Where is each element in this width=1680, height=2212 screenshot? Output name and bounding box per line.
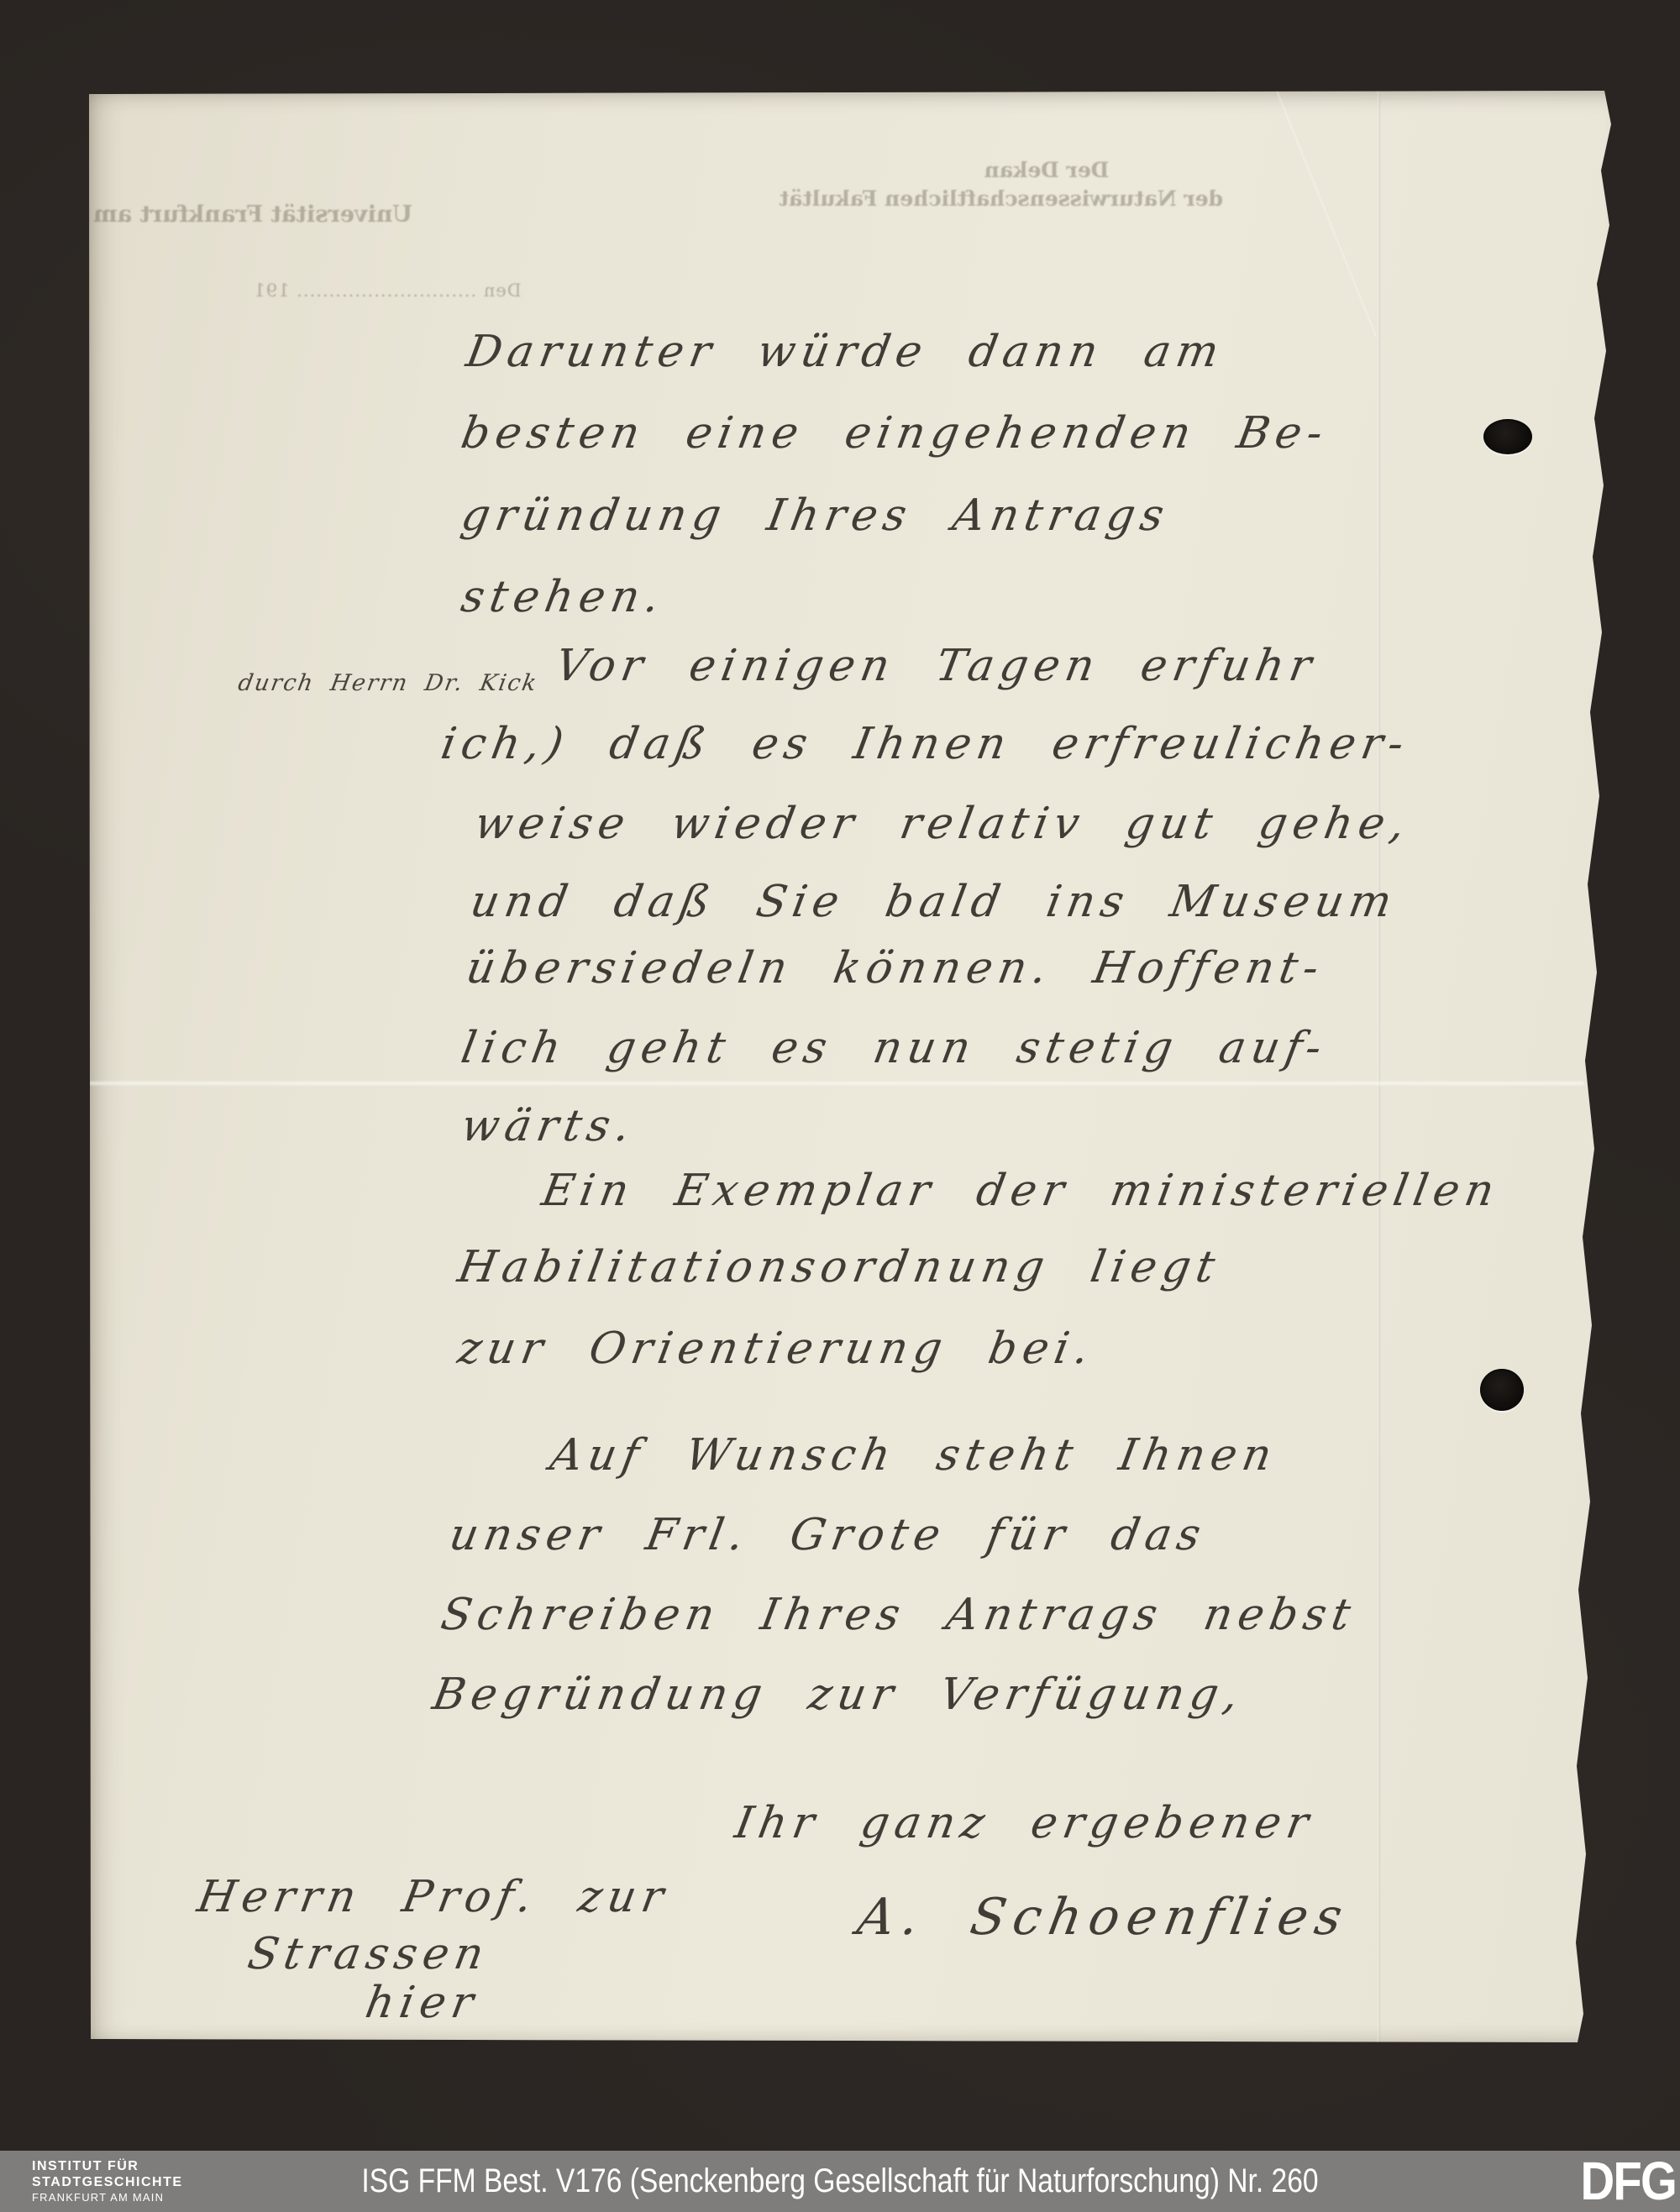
handwritten-line: unser Frl. Grote für das	[445, 1507, 1210, 1563]
handwritten-line: übersiedeln können. Hoffent-	[462, 941, 1329, 996]
handwritten-line: Schreiben Ihres Antrags nebst	[437, 1587, 1361, 1643]
handwritten-line: Auf Wunsch steht Ihnen	[546, 1428, 1282, 1483]
margin-note: durch Herrn Dr. Kick	[236, 670, 540, 697]
handwritten-line: weise wieder relativ gut gehe,	[470, 796, 1415, 852]
handwritten-line: Ein Exemplar der ministeriellen	[538, 1163, 1504, 1219]
bleedthrough-text: Der Dekan	[870, 156, 1223, 185]
corner-crease-line	[1272, 80, 1377, 338]
signature: A. Schoenflies	[853, 1890, 1354, 1945]
handwritten-line: wärts.	[457, 1098, 640, 1154]
bleedthrough-text: Den ............................ 191	[249, 280, 526, 301]
letter-page: Der Dekan der Naturwissenschaftlichen Fa…	[89, 91, 1614, 2042]
letterhead-bleedthrough-dateline: Den ............................ 191	[249, 280, 526, 301]
handwritten-line: Begründung zur Verfügung,	[428, 1667, 1248, 1722]
footer-bar: INSTITUT FÜR STADTGESCHICHTE FRANKFURT A…	[0, 2151, 1680, 2212]
address-line: hier	[361, 1975, 483, 2031]
handwritten-line: gründung Ihres Antrags	[457, 488, 1173, 543]
handwritten-line: Darunter würde dann am	[462, 324, 1229, 380]
handwritten-line: Vor einigen Tagen erfuhr	[551, 638, 1321, 694]
handwritten-line: lich geht es nun stetig auf-	[457, 1020, 1331, 1076]
horizontal-fold-line	[89, 1082, 1584, 1085]
address-line: Strassen	[244, 1926, 494, 1982]
bleedthrough-text: Universität Frankfurt am Main	[123, 202, 412, 228]
letterhead-bleedthrough-university: Universität Frankfurt am Main	[123, 202, 412, 228]
handwritten-line: stehen.	[457, 569, 669, 625]
letterhead-bleedthrough-dekan: Der Dekan der Naturwissenschaftlichen Fa…	[870, 156, 1223, 213]
closing-line: Ihr ganz ergebener	[731, 1795, 1319, 1851]
punch-hole-top	[1483, 419, 1532, 454]
handwritten-line: Habilitationsordnung liegt	[454, 1240, 1225, 1295]
handwritten-line: besten eine eingehenden Be-	[457, 406, 1333, 461]
handwritten-line: zur Orientierung bei.	[454, 1321, 1099, 1376]
handwritten-line: und daß Sie bald ins Museum	[466, 874, 1402, 930]
punch-hole-bottom	[1480, 1369, 1524, 1411]
archive-caption: ISG FFM Best. V176 (Senckenberg Gesellsc…	[134, 2162, 1546, 2200]
vertical-fold-line	[1378, 91, 1380, 2042]
scan-background: Der Dekan der Naturwissenschaftlichen Fa…	[0, 0, 1680, 2212]
dfg-logo: DFG	[1580, 2152, 1676, 2210]
bleedthrough-text: der Naturwissenschaftlichen Fakultät	[870, 185, 1223, 213]
address-line: Herrn Prof. zur	[193, 1869, 674, 1925]
handwritten-line: ich,) daß es Ihnen erfreulicher-	[437, 716, 1414, 772]
